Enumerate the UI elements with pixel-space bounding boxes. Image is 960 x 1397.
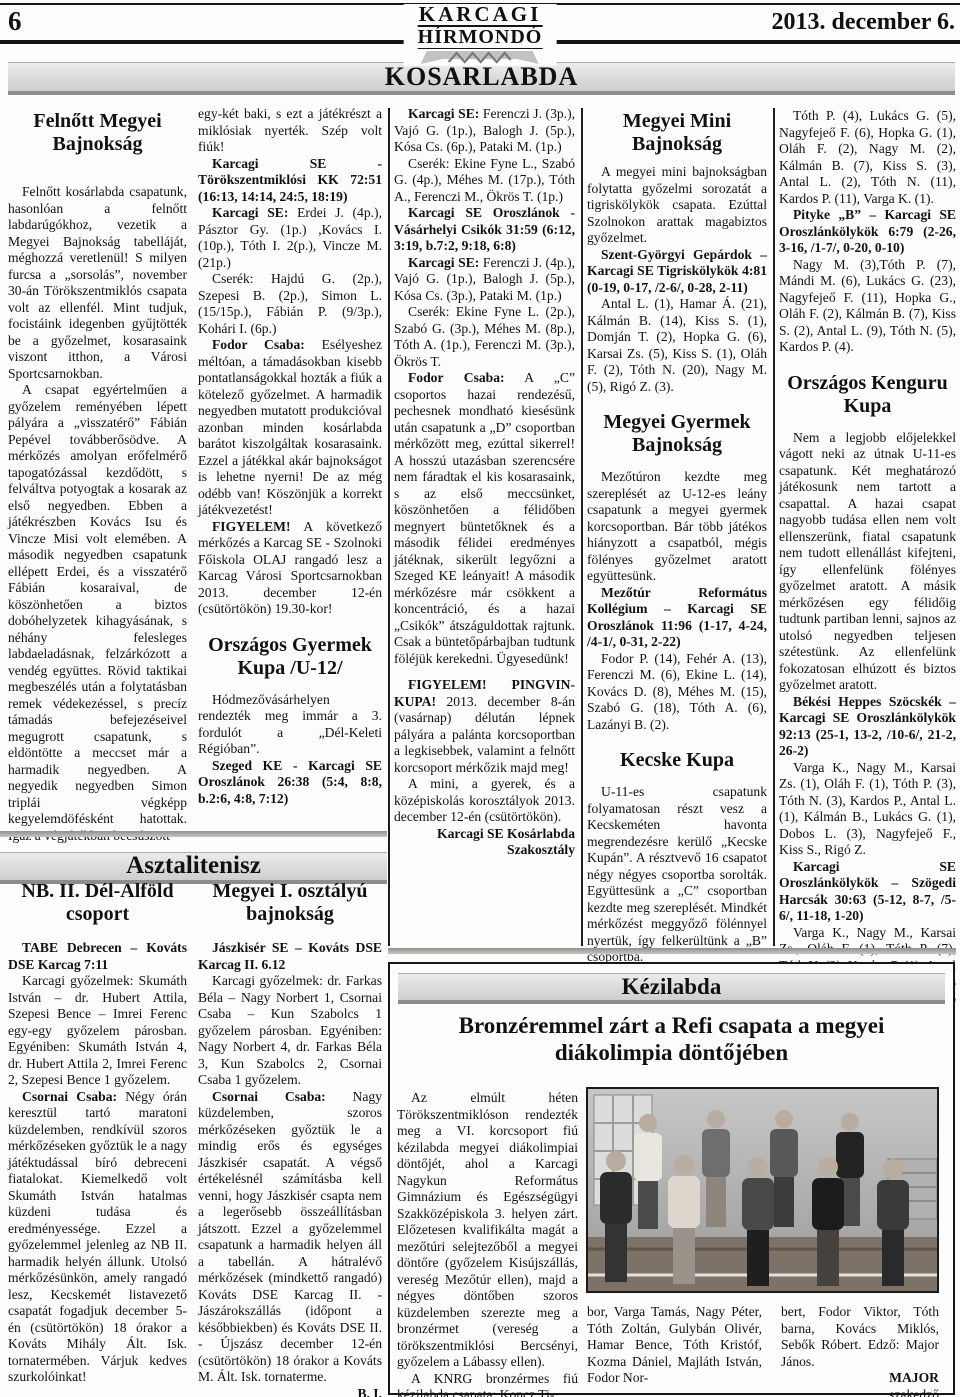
article-body: Az elmúlt héten Törökszentmiklóson rende… [397, 1090, 578, 1397]
paragraph: A mini, a gyerek, és a középiskolás koro… [394, 776, 575, 826]
column-1-tabletennis: NB. II. Dél-Alföld csoport TABE Debrecen… [8, 880, 187, 1386]
article-headline: Bronzéremmel zárt a Refi csapata a megye… [398, 1012, 945, 1066]
column-rule [388, 108, 390, 946]
photo-caption: bor, Varga Tamás, Nagy Péter, Tóth Zoltá… [587, 1304, 762, 1387]
column-2-tabletennis: Megyei I. osztályú bajnokság Jászkisér S… [198, 880, 382, 1397]
ribbon-icon [421, 51, 539, 66]
paragraph: Csornai Csaba: Nagy küzdelemben, szoros … [198, 1089, 382, 1386]
paragraph: Fodor Csaba: A „C” csoportos hazai rende… [394, 370, 575, 667]
section-bar-kezilabda: Kézilabda [398, 973, 945, 1004]
paragraph: Karcagi győzelmek: dr. Farkas Béla – Nag… [198, 973, 382, 1089]
lead-in: FIGYELEM! [212, 519, 291, 534]
handball-article-box: Kézilabda Bronzéremmel zárt a Refi csapa… [388, 962, 955, 1395]
paragraph: bert, Fodor Viktor, Tóth barna, Kovács M… [781, 1304, 939, 1370]
paragraph: Cserék: Hajdú G. (2p.), Szepesi B. (2p.)… [198, 271, 382, 337]
paragraph: Az elmúlt héten Törökszentmiklóson rende… [397, 1090, 578, 1371]
score-line: TABE Debrecen – Kováts DSE Karcag 7:11 [8, 940, 187, 973]
photo-caption: bert, Fodor Viktor, Tóth barna, Kovács M… [781, 1304, 939, 1397]
column-5-basketball: Tóth P. (4), Lukács G. (5), Nagyfejeő F.… [779, 108, 956, 1024]
article-heading: Kecske Kupa [589, 749, 765, 772]
article-heading: Megyei I. osztályú bajnokság [198, 880, 382, 926]
score-line: Pityke „B” – Karcagi SE Oroszlánkölykök … [779, 207, 956, 257]
paragraph: Nagy M. (3),Tóth P. (7), Mándi M. (6), L… [779, 257, 956, 356]
column-3-basketball: Karcagi SE: Ferenczi J. (3p.), Vajó G. (… [394, 106, 575, 859]
column-4-basketball: Megyei Mini Bajnokság A megyei mini bajn… [587, 108, 767, 1032]
section-divider [388, 948, 956, 954]
paragraph: Cserék: Ekine Fyne L. (2p.), Szabó G. (3… [394, 304, 575, 370]
byline: B. I. [198, 1386, 382, 1397]
paragraph: Karcagi SE: Ferenczi J. (4p.), Vajó G. (… [394, 255, 575, 305]
paragraph: Felnőtt kosárlabda csapatunk, hasonlóan … [8, 184, 187, 382]
paragraph: Fodor Csaba: Esélyeshez méltóan, a támad… [198, 337, 382, 519]
masthead-title-line2: HÍRMONDÓ [418, 25, 543, 49]
score-line: Karcagi SE Oroszlánok - Vásárhelyi Csikó… [394, 205, 575, 255]
article-heading: Országos Gyermek Kupa /U-12/ [200, 634, 380, 680]
score-line: Karcagi SE Oroszlánkölykök – Szögedi Har… [779, 859, 956, 925]
paragraph: FIGYELEM! A következő mérkőzés a Karcag … [198, 519, 382, 618]
article-heading: Megyei Mini Bajnokság [589, 110, 765, 156]
paragraph: A csapat egyértelműen a győzelem reményé… [8, 382, 187, 844]
score-line: Karcagi SE - Törökszentmiklósi KK 72:51 … [198, 156, 382, 206]
score-line: Békési Heppes Szöcskék – Karcagi SE Oros… [779, 694, 956, 760]
lead-in: Karcagi SE: [408, 106, 479, 121]
lead-in: Csornai Csaba: [22, 1089, 117, 1104]
issue-date: 2013. december 6. [771, 9, 955, 36]
article-heading: NB. II. Dél-Alföld csoport [8, 880, 187, 926]
paragraph: Tóth P. (4), Lukács G. (5), Nagyfejeő F.… [779, 108, 956, 207]
column-rule [581, 108, 583, 946]
paragraph: egy-két baki, s ezt a játékrészt a mikló… [198, 106, 382, 156]
paragraph: Cserék: Ekine Fyne L., Szabó G. (4p.), M… [394, 156, 575, 206]
score-line: Mezőtúr Református Kollégium – Karcagi S… [587, 585, 767, 651]
article-heading: Felnőtt Megyei Bajnokság [8, 110, 187, 156]
column-2-basketball: egy-két baki, s ezt a játékrészt a mikló… [198, 106, 382, 807]
paragraph: Csornai Csaba: Négy órán keresztül tartó… [8, 1089, 187, 1386]
paragraph: Nem a legjobb előjelekkel vágott neki az… [779, 430, 956, 694]
lead-in: Csornai Csaba: [212, 1089, 326, 1104]
paragraph: A KNRG bronzérmes fiú kézilabda csapata:… [397, 1371, 578, 1397]
score-line: Jászkisér SE – Kováts DSE Karcag II. 6.1… [198, 940, 382, 973]
byline: MAJOR [781, 1370, 939, 1387]
lead-in: Fodor Csaba: [212, 337, 305, 352]
section-divider [0, 831, 387, 837]
lead-in: Fodor Csaba: [408, 370, 505, 385]
masthead-title-line1: KARCAGI [418, 4, 543, 25]
article-heading: Megyei Gyermek Bajnokság [589, 411, 765, 457]
paragraph: Antal L. (1), Hamar Á. (21), Kálmán B. (… [587, 296, 767, 395]
paragraph: Hódmezővásárhelyen rendezték meg immár a… [198, 692, 382, 758]
lead-in: Karcagi SE: [408, 255, 479, 270]
lead-in: Karcagi SE: [212, 205, 288, 220]
paragraph: Varga K., Nagy M., Karsai Zs. (1), Oláh … [779, 760, 956, 859]
paragraph: bor, Varga Tamás, Nagy Péter, Tóth Zoltá… [587, 1304, 762, 1387]
byline: Karcagi SE Kosárlabda Szakosztály [394, 826, 575, 859]
paragraph: Karcagi győzelmek: Skumáth István – dr. … [8, 973, 187, 1089]
article-heading: Országos Kenguru Kupa [781, 372, 954, 418]
masthead-logo: KARCAGI HÍRMONDÓ [404, 4, 557, 66]
paragraph: Karcagi SE: Erdei J. (4p.), Pásztor Gy. … [198, 205, 382, 271]
page-number: 6 [8, 6, 22, 37]
score-line: Szeged KE - Karcagi SE Oroszlánok 26:38 … [198, 758, 382, 808]
paragraph: U-11-es csapatunk folyamatosan részt ves… [587, 784, 767, 966]
team-photo [586, 1087, 939, 1293]
paragraph: Fodor P. (14), Fehér A. (13), Ferenczi M… [587, 651, 767, 734]
score-line: Szent-Györgyi Gepárdok – Karcagi SE Tigr… [587, 247, 767, 297]
paragraph: Karcagi SE: Ferenczi J. (3p.), Vajó G. (… [394, 106, 575, 156]
paragraph: A megyei mini bajnokságban folytatta győ… [587, 164, 767, 247]
section-bar-kosarlabda: KOSÁRLABDA [8, 62, 955, 95]
column-1-basketball: Felnőtt Megyei Bajnokság Felnőtt kosárla… [8, 106, 187, 844]
column-rule [773, 108, 775, 946]
paragraph: Mezőtúron kezdte meg szereplését az U-12… [587, 469, 767, 585]
paragraph: FIGYELEM! PINGVIN-KUPA! 2013. december 8… [394, 677, 575, 776]
byline-role: szakedző [781, 1387, 939, 1397]
newspaper-page: 6 2013. december 6. KARCAGI HÍRMONDÓ KOS… [0, 0, 960, 1397]
